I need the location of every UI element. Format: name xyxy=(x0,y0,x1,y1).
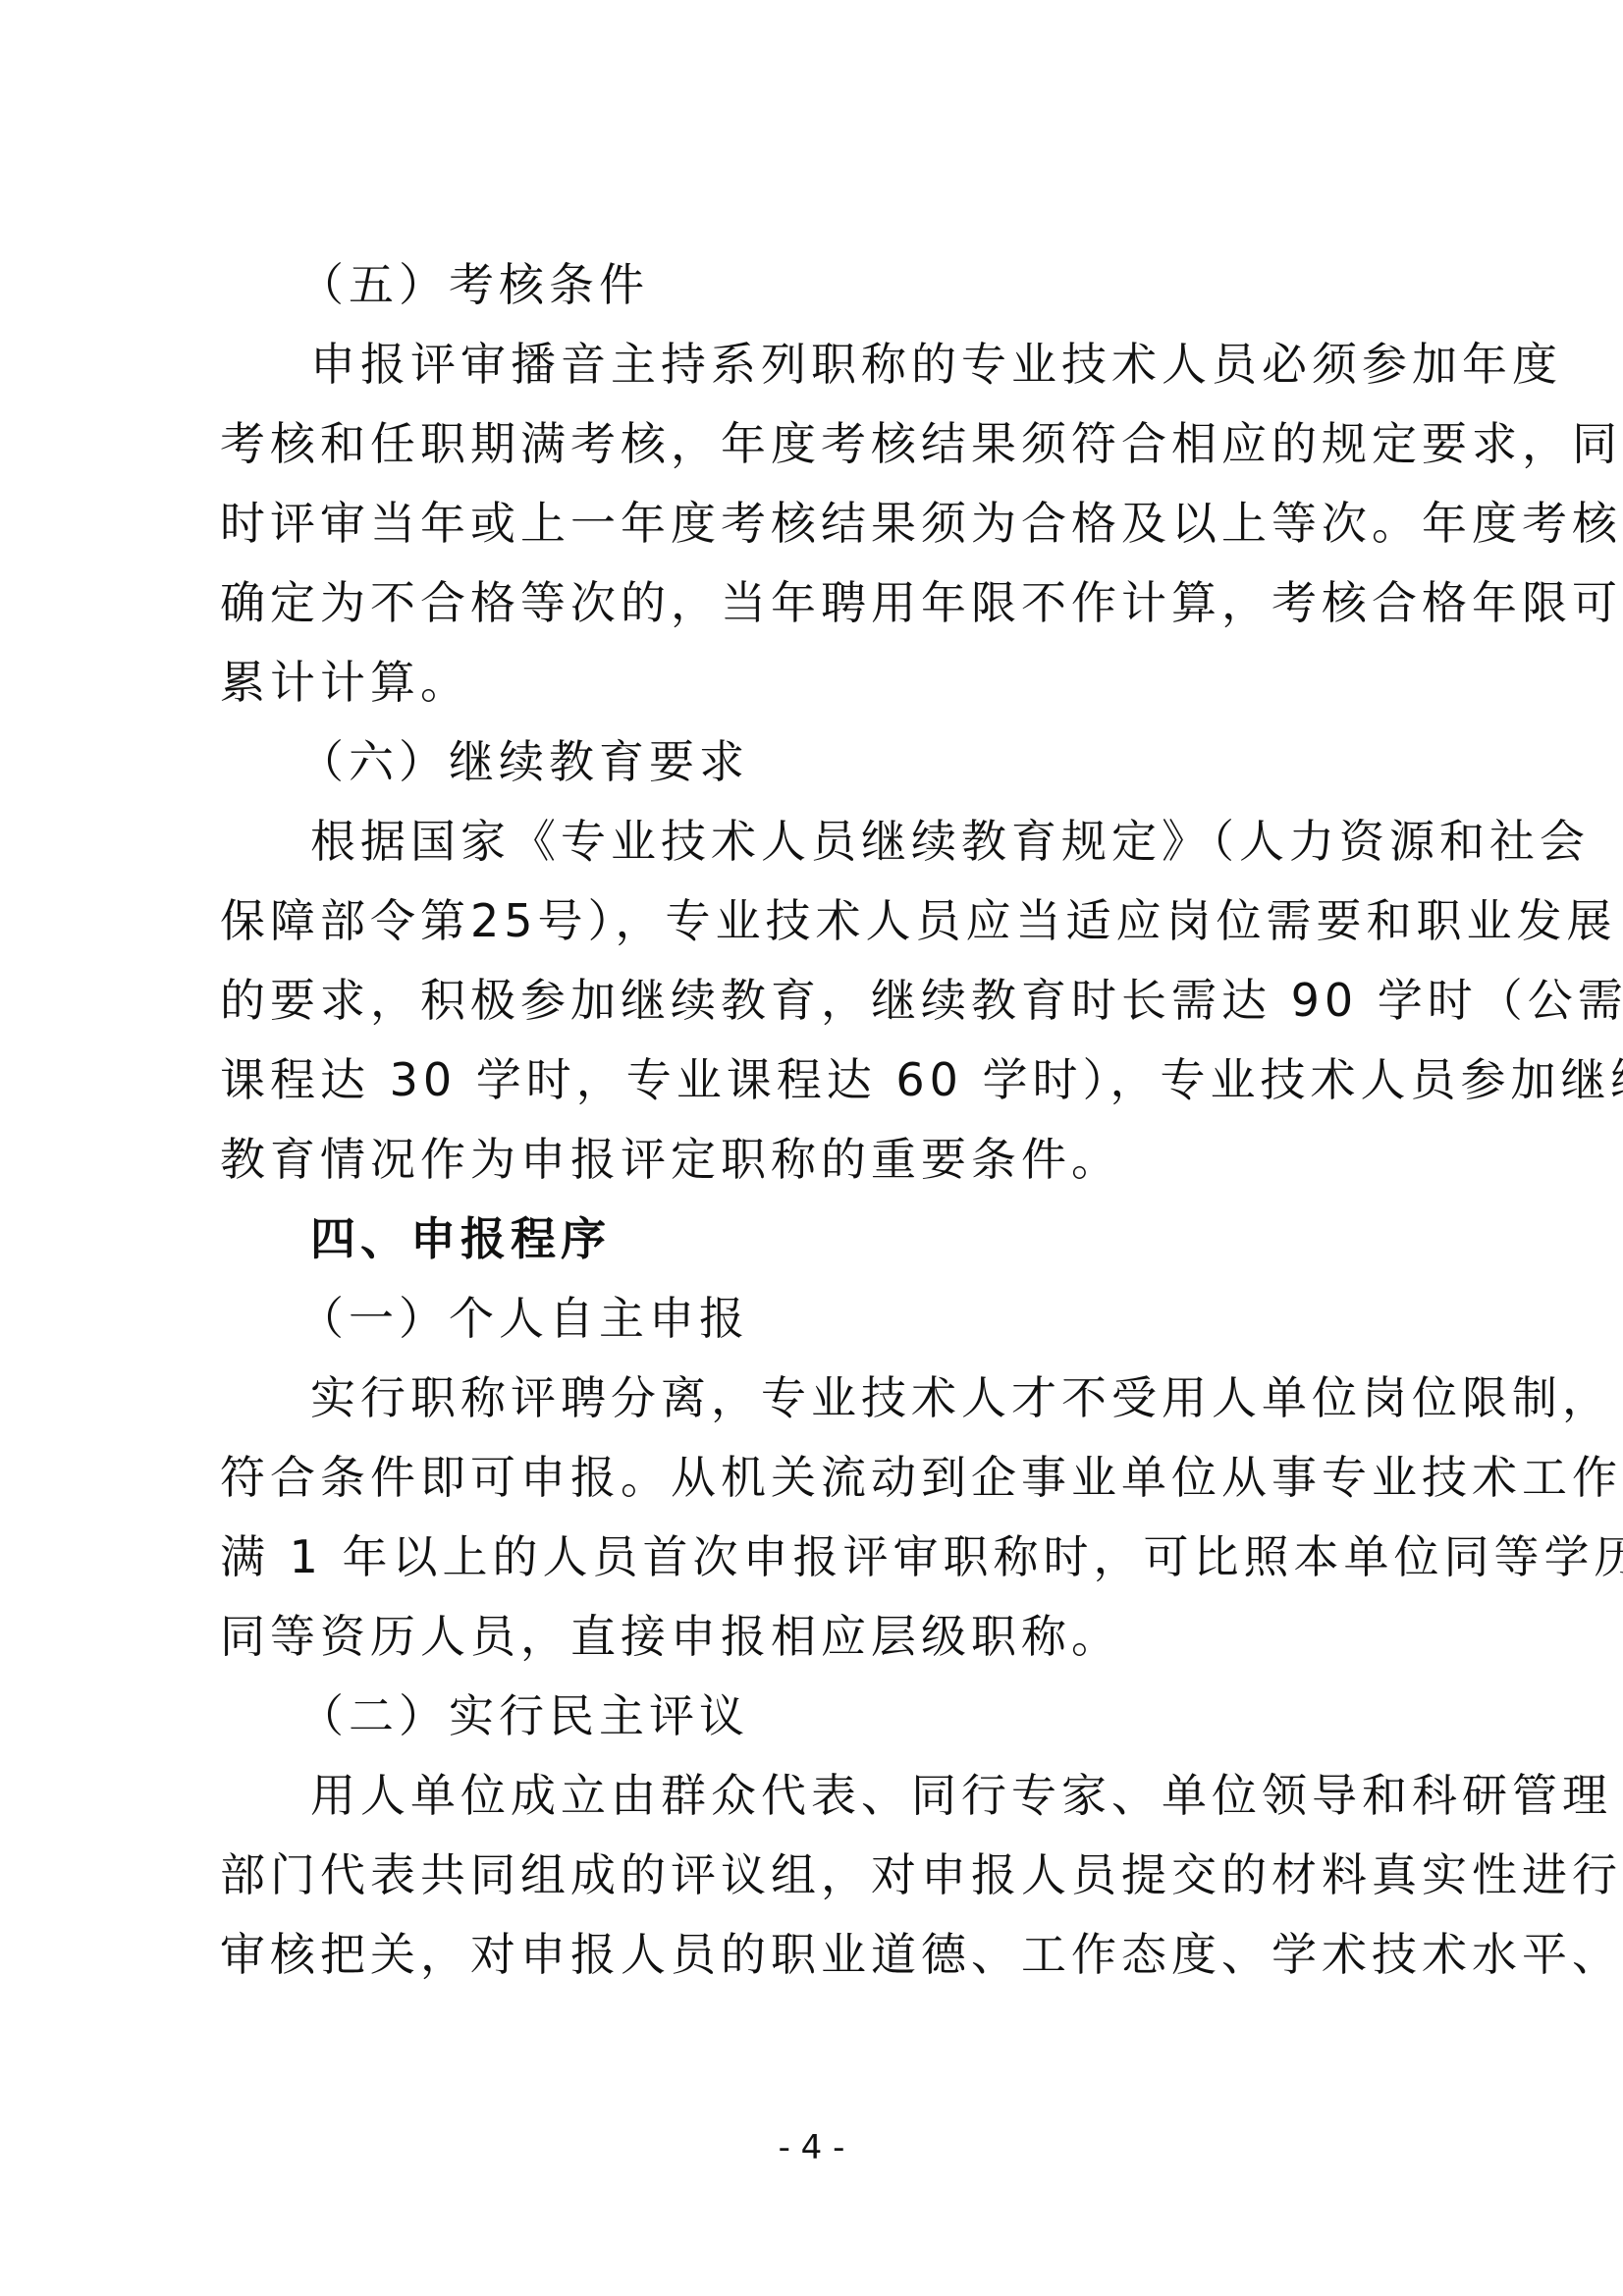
paragraph-line: 符合条件即可申报。从机关流动到企事业单位从事专业技术工作 xyxy=(220,1438,1437,1518)
paragraph-line: 课程达 30 学时，专业课程达 60 学时），专业技术人员参加继续 xyxy=(220,1041,1437,1120)
paragraph-line: 累计计算。 xyxy=(220,643,1437,722)
paragraph-line: 实行职称评聘分离，专业技术人才不受用人单位岗位限制， xyxy=(220,1359,1437,1438)
section-heading-application-procedure: 四、申报程序 xyxy=(220,1200,1437,1279)
paragraph-line: 根据国家《专业技术人员继续教育规定》（人力资源和社会 xyxy=(220,802,1437,881)
paragraph-line: 部门代表共同组成的评议组，对申报人员提交的材料真实性进行 xyxy=(220,1836,1437,1915)
subheading-continuing-education: （六）继续教育要求 xyxy=(220,722,1437,802)
paragraph-line: 时评审当年或上一年度考核结果须为合格及以上等次。年度考核 xyxy=(220,484,1437,563)
paragraph-line: 确定为不合格等次的，当年聘用年限不作计算，考核合格年限可 xyxy=(220,563,1437,643)
paragraph-line: 考核和任职期满考核，年度考核结果须符合相应的规定要求，同 xyxy=(220,404,1437,484)
paragraph-line: 同等资历人员，直接申报相应层级职称。 xyxy=(220,1597,1437,1677)
paragraph-line: 用人单位成立由群众代表、同行专家、单位领导和科研管理 xyxy=(220,1756,1437,1836)
paragraph-line: 教育情况作为申报评定职称的重要条件。 xyxy=(220,1120,1437,1200)
paragraph-line: 满 1 年以上的人员首次申报评审职称时，可比照本单位同等学历、 xyxy=(220,1518,1437,1597)
subheading-assessment: （五）考核条件 xyxy=(220,245,1437,325)
subheading-self-application: （一）个人自主申报 xyxy=(220,1279,1437,1359)
paragraph-line: 保障部令第25号），专业技术人员应当适应岗位需要和职业发展 xyxy=(220,881,1437,961)
paragraph-line: 的要求，积极参加继续教育，继续教育时长需达 90 学时（公需 xyxy=(220,961,1437,1041)
paragraph-line: 审核把关，对申报人员的职业道德、工作态度、学术技术水平、 xyxy=(220,1915,1437,1995)
paragraph-line: 申报评审播音主持系列职称的专业技术人员必须参加年度 xyxy=(220,325,1437,404)
document-page: （五）考核条件 申报评审播音主持系列职称的专业技术人员必须参加年度 考核和任职期… xyxy=(220,245,1437,1995)
page-number: - 4 - xyxy=(0,2128,1623,2167)
subheading-democratic-review: （二）实行民主评议 xyxy=(220,1677,1437,1756)
